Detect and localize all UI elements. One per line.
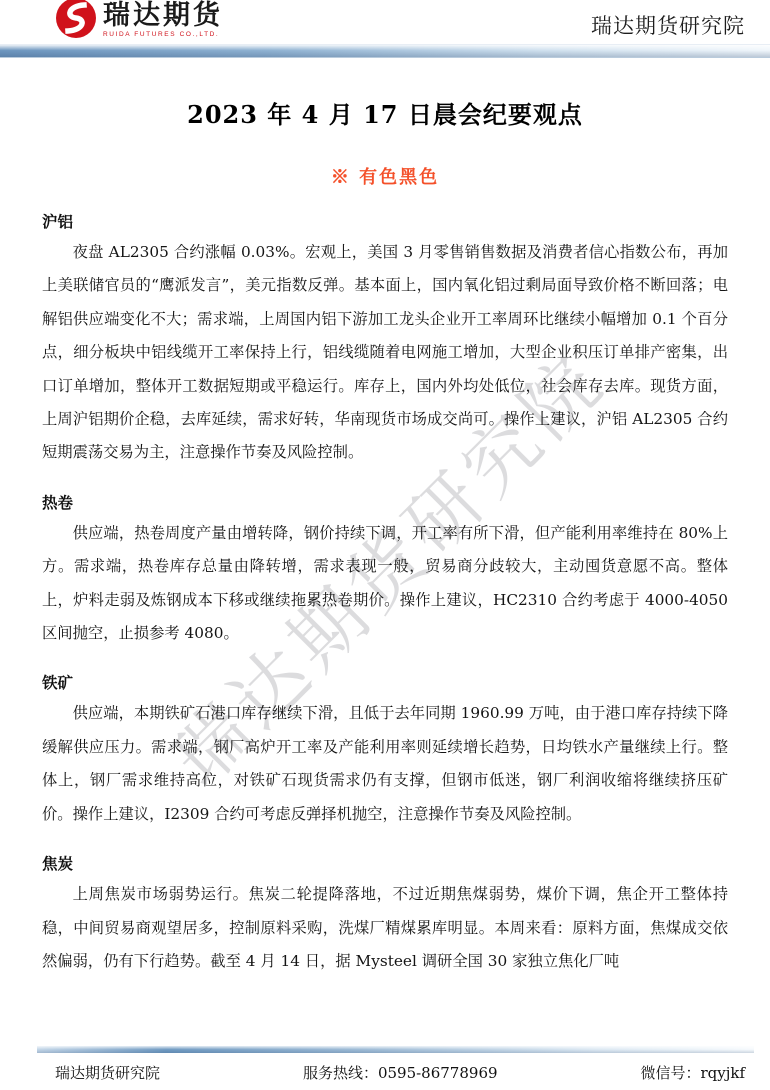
- section-heading-jiaotan: 焦炭: [42, 852, 728, 874]
- brand-name-cn: 瑞达期货: [103, 2, 223, 29]
- section-heading-tiekuang: 铁矿: [42, 671, 728, 693]
- section-body-hulu: 夜盘 AL2305 合约涨幅 0.03%。宏观上，美国 3 月零售销售数据及消费…: [42, 236, 728, 470]
- page-header: 瑞达期货 RUIDA FUTURES CO.,LTD. 瑞达期货研究院: [0, 0, 770, 44]
- footer-text-row: 瑞达期货研究院 服务热线：0595-86778969 微信号：rqyjkf: [0, 1053, 770, 1083]
- footer-gradient-bar: [37, 1046, 754, 1053]
- brand-name-en: RUIDA FUTURES CO.,LTD.: [103, 32, 223, 39]
- header-gradient-bar: [0, 44, 770, 58]
- section-body-tiekuang: 供应端，本期铁矿石港口库存继续下滑，且低于去年同期 1960.99 万吨，由于港…: [42, 697, 728, 831]
- document-content: 2023 年 4 月 17 日晨会纪要观点 ※ 有色黑色 沪铝 夜盘 AL230…: [0, 95, 770, 978]
- section-body-rejuan: 供应端，热卷周度产量由增转降，钢价持续下调，开工率有所下滑，但产能利用率维持在 …: [42, 517, 728, 651]
- footer-wechat: 微信号：rqyjkf: [640, 1062, 745, 1083]
- section-category-banner: ※ 有色黑色: [42, 163, 728, 189]
- footer-hotline: 服务热线：0595-86778969: [303, 1062, 498, 1083]
- section-heading-rejuan: 热卷: [42, 491, 728, 513]
- company-logo: 瑞达期货 RUIDA FUTURES CO.,LTD.: [55, 0, 223, 43]
- document-page: 瑞达期货研究院 瑞达期货 RUIDA FUTURES CO.,LTD. 瑞达期货…: [0, 0, 770, 1090]
- page-footer: 瑞达期货研究院 服务热线：0595-86778969 微信号：rqyjkf: [0, 1046, 770, 1090]
- header-institute-name: 瑞达期货研究院: [591, 10, 745, 43]
- page-title: 2023 年 4 月 17 日晨会纪要观点: [42, 95, 728, 130]
- logo-text-block: 瑞达期货 RUIDA FUTURES CO.,LTD.: [103, 2, 223, 39]
- section-body-jiaotan: 上周焦炭市场弱势运行。焦炭二轮提降落地，不过近期焦煤弱势，煤价下调，焦企开工整体…: [42, 878, 728, 978]
- section-heading-hulu: 沪铝: [42, 210, 728, 232]
- ruida-emblem-icon: [55, 0, 97, 43]
- footer-institute: 瑞达期货研究院: [55, 1062, 160, 1083]
